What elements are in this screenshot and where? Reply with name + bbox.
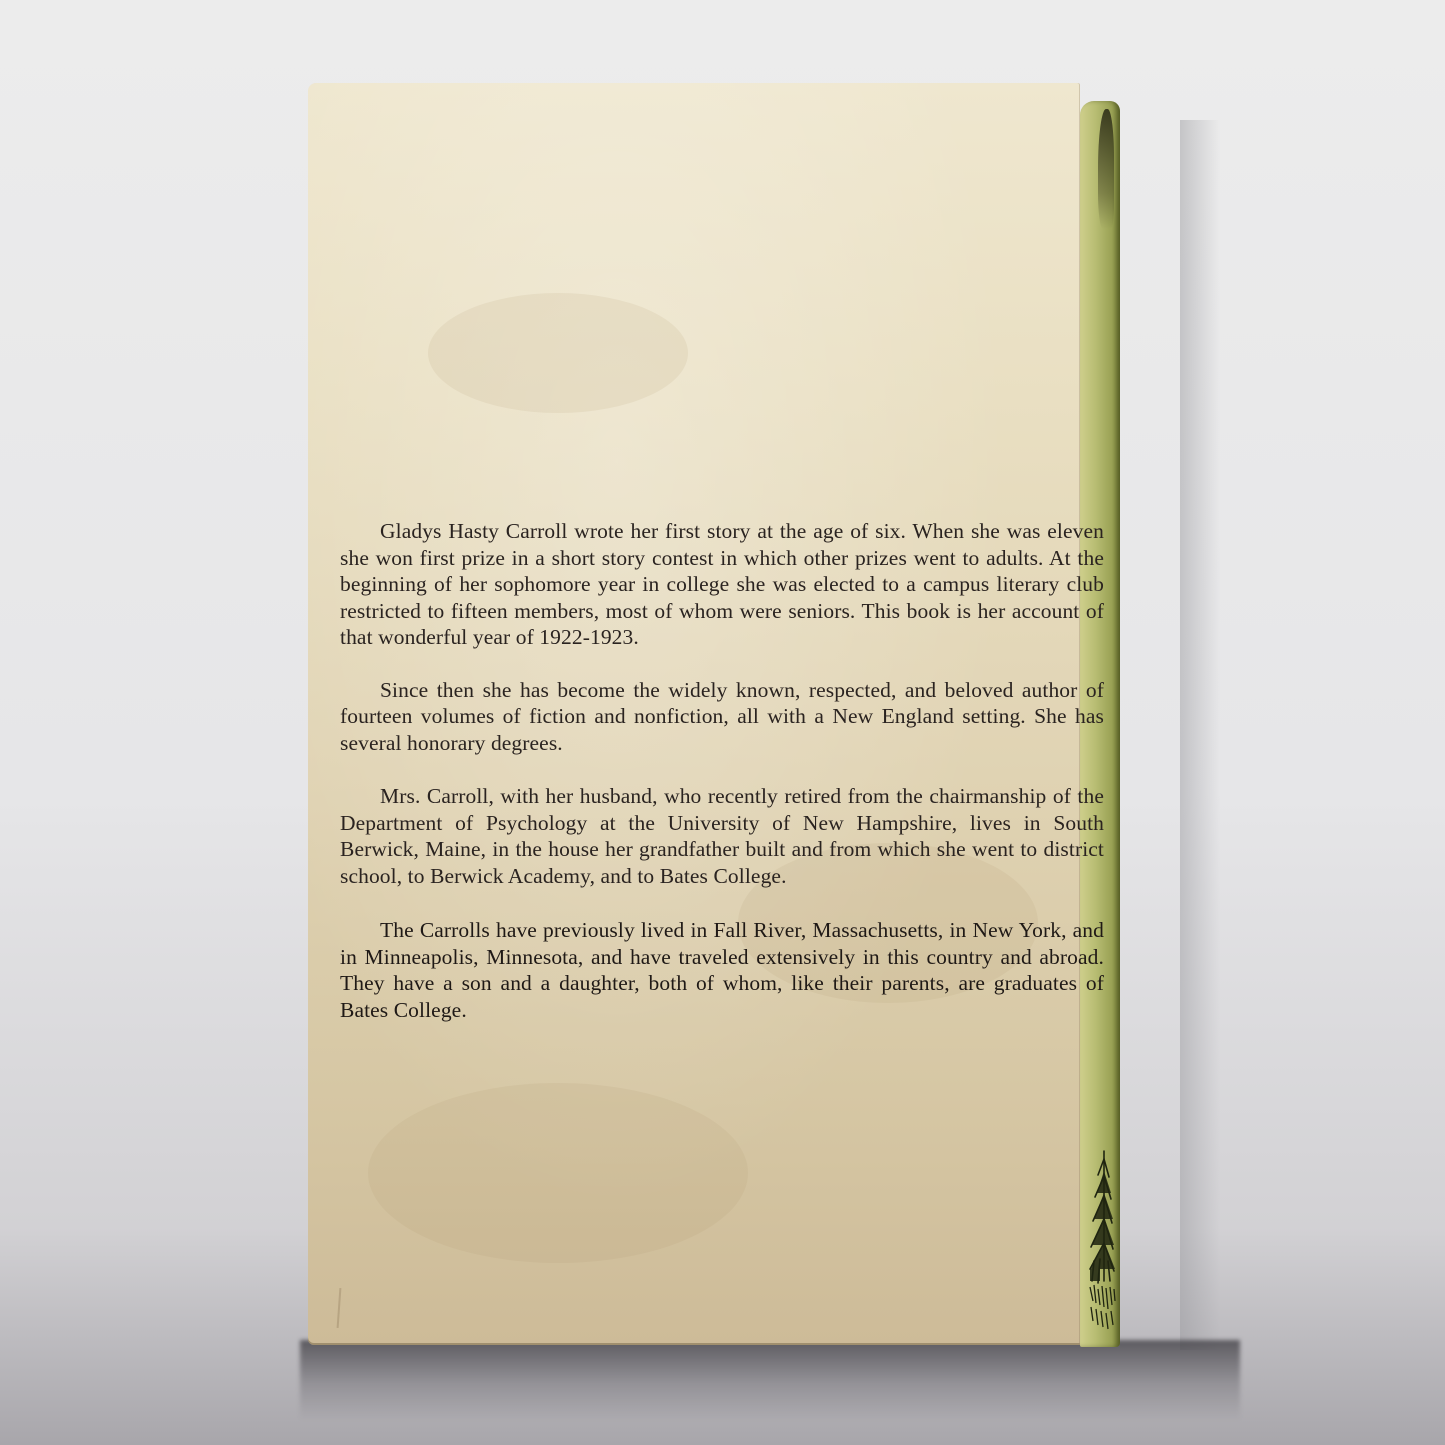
spine-top-illustration: [1098, 109, 1114, 229]
paper-stain: [428, 293, 688, 413]
paper-stain: [368, 1083, 748, 1263]
bio-paragraph-1: Gladys Hasty Carroll wrote her first sto…: [340, 518, 1104, 651]
author-bio: Gladys Hasty Carroll wrote her first sto…: [340, 518, 1104, 1023]
bio-paragraph-3: Mrs. Carroll, with her husband, who rece…: [340, 783, 1104, 889]
bio-paragraph-2: Since then she has become the widely kno…: [340, 677, 1104, 757]
photo-scene: Gladys Hasty Carroll wrote her first sto…: [0, 0, 1445, 1445]
pine-tree-icon: [1082, 1131, 1120, 1341]
bio-paragraph-4: The Carrolls have previously lived in Fa…: [340, 917, 1104, 1023]
cover-crease: [337, 1288, 342, 1328]
book-bottom-shadow: [300, 1340, 1240, 1420]
